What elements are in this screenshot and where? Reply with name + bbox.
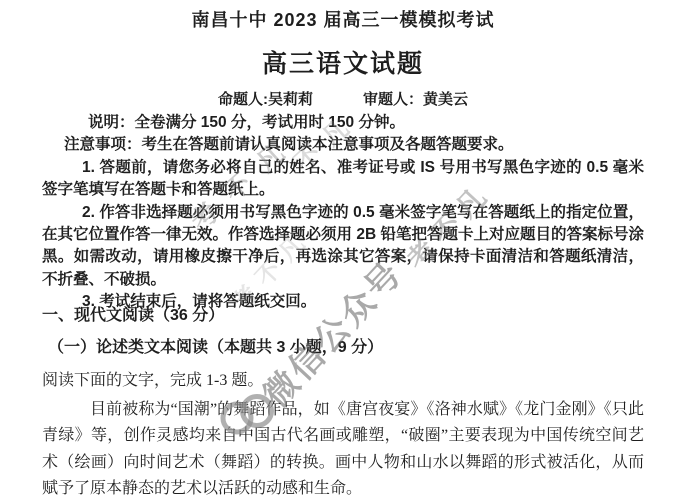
reading-lead: 阅读下面的文字，完成 1-3 题。 [42,367,263,390]
notice-item: 2. 作答非选择题必须用书写黑色字迹的 0.5 毫米签字笔写在答题纸上的指定位置… [42,202,644,292]
exam-document-page: 考不凡 不凡 考不凡 微信公众号 考不凡 南昌十中 2023 届高三一模模拟考试… [0,0,686,502]
reviewer-name: 审题人：黄美云 [363,88,468,109]
exam-instructions: 说明：全卷满分 150 分，考试用时 150 分钟。 注意事项：考生在答题前请认… [42,112,644,314]
byline: 命题人:吴莉莉 审题人：黄美云 [0,88,686,109]
notice-item: 1. 答题前，请您务必将自己的姓名、准考证号或 IS 号用书写黑色字迹的 0.5… [42,157,644,202]
exam-summary: 说明：全卷满分 150 分，考试用时 150 分钟。 [42,112,644,134]
subsection-heading: （一）论述类文本阅读（本题共 3 小题，9 分） [48,334,383,357]
exam-notice: 注意事项：考生在答题前请认真阅读本注意事项及各题答题要求。 [42,134,644,156]
paper-title: 高三语文试题 [0,44,686,80]
exam-title: 南昌十中 2023 届高三一模模拟考试 [0,6,686,32]
setter-name: 命题人:吴莉莉 [218,88,313,109]
reading-passage: 目前被称为“国潮”的舞蹈作品，如《唐宫夜宴》《洛神水赋》《龙门金刚》《只此青绿》… [42,397,644,502]
section-heading: 一、现代文阅读（36 分） [42,302,224,325]
